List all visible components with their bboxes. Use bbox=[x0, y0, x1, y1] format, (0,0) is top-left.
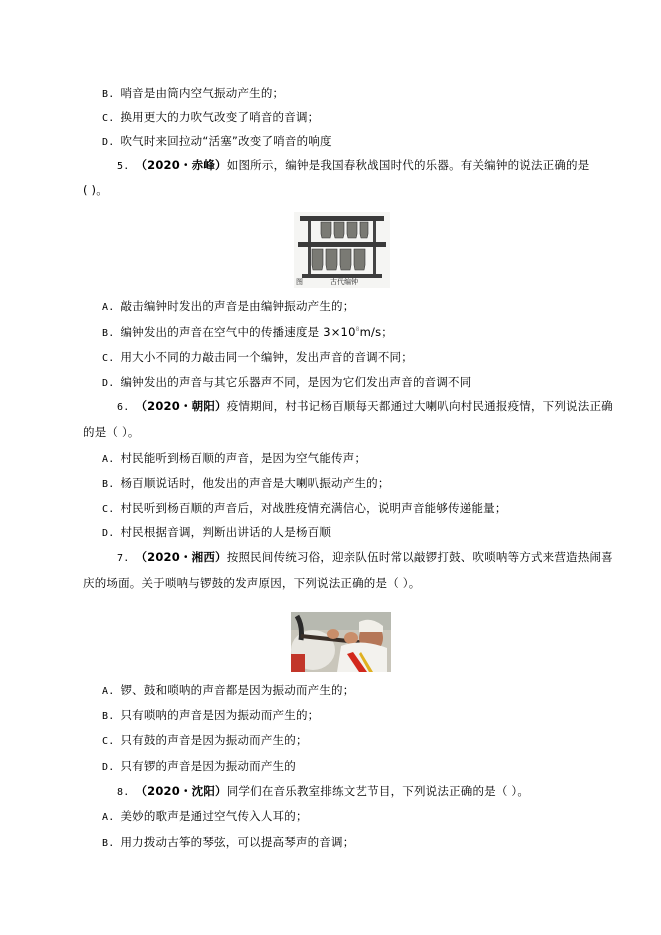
figure-caption: 古代编钟 bbox=[330, 277, 358, 287]
option-label: A. bbox=[102, 454, 114, 465]
option-text: 吹气时来回拉动“活塞”改变了哨音的响度 bbox=[120, 134, 331, 148]
option-label: D. bbox=[102, 762, 114, 773]
option-text: 用大小不同的力敲击同一个编钟，发出声音的音调不同； bbox=[120, 350, 413, 364]
option-b: B.杨百顺说话时，他发出的声音是大喇叭振动产生的； bbox=[102, 476, 390, 492]
option-d: D.村民根据音调，判断出讲话的人是杨百顺 bbox=[102, 525, 331, 541]
option-text: 敲击编钟时发出的声音是由编钟振动产生的； bbox=[120, 299, 354, 313]
question-text: 疫情期间，村书记杨百顺每天都通过大喇叭向村民通报疫情，下列说法正确 bbox=[227, 399, 613, 413]
question-text: 按照民间传统习俗，迎亲队伍时常以敲锣打鼓、吹唢呐等方式来营造热闹喜 bbox=[227, 550, 613, 564]
option-a: A.锣、鼓和唢呐的声音都是因为振动而产生的； bbox=[102, 683, 354, 699]
option-b: B.哨音是由筒内空气振动产生的； bbox=[102, 86, 284, 102]
option-label: C. bbox=[102, 736, 114, 747]
option-label: B. bbox=[102, 89, 114, 100]
option-label: B. bbox=[102, 328, 114, 339]
option-c: C.用大小不同的力敲击同一个编钟，发出声音的音调不同； bbox=[102, 350, 413, 366]
option-a: A.敲击编钟时发出的声音是由编钟振动产生的； bbox=[102, 299, 354, 315]
bianzhong-image: 图 古代编钟 bbox=[294, 212, 390, 288]
option-label: B. bbox=[102, 479, 114, 490]
question-text: 同学们在音乐教室排练文艺节目，下列说法正确的是（ ）。 bbox=[227, 784, 529, 798]
option-text: 用力拨动古筝的琴弦，可以提高琴声的音调； bbox=[120, 835, 354, 849]
option-text: 村民听到杨百顺的声音后，对战胜疫情充满信心，说明声音能够传递能量； bbox=[120, 501, 506, 515]
option-label: D. bbox=[102, 137, 114, 148]
option-text: 换用更大的力吹气改变了哨音的音调； bbox=[120, 110, 319, 124]
option-b: B.编钟发出的声音在空气中的传播速度是 3×108m/s； bbox=[102, 323, 393, 341]
question-text: 庆的场面。关于唢呐与锣鼓的发声原因，下列说法正确的是（ ）。 bbox=[83, 576, 420, 590]
option-text: 哨音是由筒内空气振动产生的； bbox=[120, 86, 284, 100]
option-label: C. bbox=[102, 113, 114, 124]
option-c: C.村民听到杨百顺的声音后，对战胜疫情充满信心，说明声音能够传递能量； bbox=[102, 501, 507, 517]
option-text: 编钟发出的声音与其它乐器声不同，是因为它们发出声音的音调不同 bbox=[120, 375, 471, 389]
question-source: （2020・朝阳） bbox=[135, 399, 226, 413]
option-d: D.吹气时来回拉动“活塞”改变了哨音的响度 bbox=[102, 134, 332, 150]
option-c: C.换用更大的力吹气改变了哨音的音调； bbox=[102, 110, 319, 126]
question-text: 如图所示，编钟是我国春秋战国时代的乐器。有关编钟的说法正确的是 bbox=[227, 158, 590, 172]
option-text: 美妙的歌声是通过空气传入人耳的； bbox=[120, 809, 307, 823]
option-text-unit: m/s； bbox=[360, 325, 393, 339]
option-b: B.用力拨动古筝的琴弦，可以提高琴声的音调； bbox=[102, 835, 354, 851]
question-7-stem: 7.（2020・湘西）按照民间传统习俗，迎亲队伍时常以敲锣打鼓、吹唢呐等方式来营… bbox=[117, 550, 613, 566]
option-label: A. bbox=[102, 302, 114, 313]
option-d: D.编钟发出的声音与其它乐器声不同，是因为它们发出声音的音调不同 bbox=[102, 375, 471, 391]
question-6-stem-cont: 的是（ ）。 bbox=[83, 425, 140, 439]
option-text: 锣、鼓和唢呐的声音都是因为振动而产生的； bbox=[120, 683, 354, 697]
question-number: 8. bbox=[117, 787, 129, 798]
option-c: C.只有鼓的声音是因为振动而产生的； bbox=[102, 733, 308, 749]
question-source: （2020・沈阳） bbox=[135, 784, 226, 798]
question-5-stem-cont: ( )。 bbox=[83, 183, 108, 197]
question-7-stem-cont: 庆的场面。关于唢呐与锣鼓的发声原因，下列说法正确的是（ ）。 bbox=[83, 576, 420, 590]
option-label: A. bbox=[102, 812, 114, 823]
question-number: 5. bbox=[117, 161, 129, 172]
option-label: D. bbox=[102, 378, 114, 389]
option-label: A. bbox=[102, 686, 114, 697]
option-text: 村民能听到杨百顺的声音，是因为空气能传声； bbox=[120, 451, 366, 465]
option-text: 只有鼓的声音是因为振动而产生的； bbox=[120, 733, 307, 747]
option-d: D.只有锣的声音是因为振动而产生的 bbox=[102, 759, 296, 775]
question-5-stem: 5.（2020・赤峰）如图所示，编钟是我国春秋战国时代的乐器。有关编钟的说法正确… bbox=[117, 158, 589, 174]
option-label: C. bbox=[102, 353, 114, 364]
option-label: D. bbox=[102, 528, 114, 539]
question-source: （2020・赤峰） bbox=[135, 158, 226, 172]
question-6-stem: 6.（2020・朝阳）疫情期间，村书记杨百顺每天都通过大喇叭向村民通报疫情，下列… bbox=[117, 399, 613, 415]
option-text: 村民根据音调，判断出讲话的人是杨百顺 bbox=[120, 525, 331, 539]
option-text: 编钟发出的声音在空气中的传播速度是 3×10 bbox=[120, 325, 355, 339]
option-label: C. bbox=[102, 504, 114, 515]
question-8-stem: 8.（2020・沈阳）同学们在音乐教室排练文艺节目，下列说法正确的是（ ）。 bbox=[117, 784, 529, 800]
question-source: （2020・湘西） bbox=[135, 550, 226, 564]
figure-corner-label: 图 bbox=[296, 277, 303, 287]
option-a: A.美妙的歌声是通过空气传入人耳的； bbox=[102, 809, 308, 825]
option-b: B.只有唢呐的声音是因为振动而产生的； bbox=[102, 708, 319, 724]
option-label: B. bbox=[102, 711, 114, 722]
question-text: 的是（ ）。 bbox=[83, 425, 140, 439]
question-number: 7. bbox=[117, 553, 129, 564]
question-number: 6. bbox=[117, 402, 129, 413]
suona-player-image bbox=[291, 612, 391, 672]
answer-blank: ( )。 bbox=[83, 183, 108, 197]
option-text: 杨百顺说话时，他发出的声音是大喇叭振动产生的； bbox=[120, 476, 389, 490]
option-text: 只有锣的声音是因为振动而产生的 bbox=[120, 759, 296, 773]
option-a: A.村民能听到杨百顺的声音，是因为空气能传声； bbox=[102, 451, 366, 467]
suona-illustration-icon bbox=[291, 612, 391, 672]
option-text: 只有唢呐的声音是因为振动而产生的； bbox=[120, 708, 319, 722]
option-label: B. bbox=[102, 838, 114, 849]
